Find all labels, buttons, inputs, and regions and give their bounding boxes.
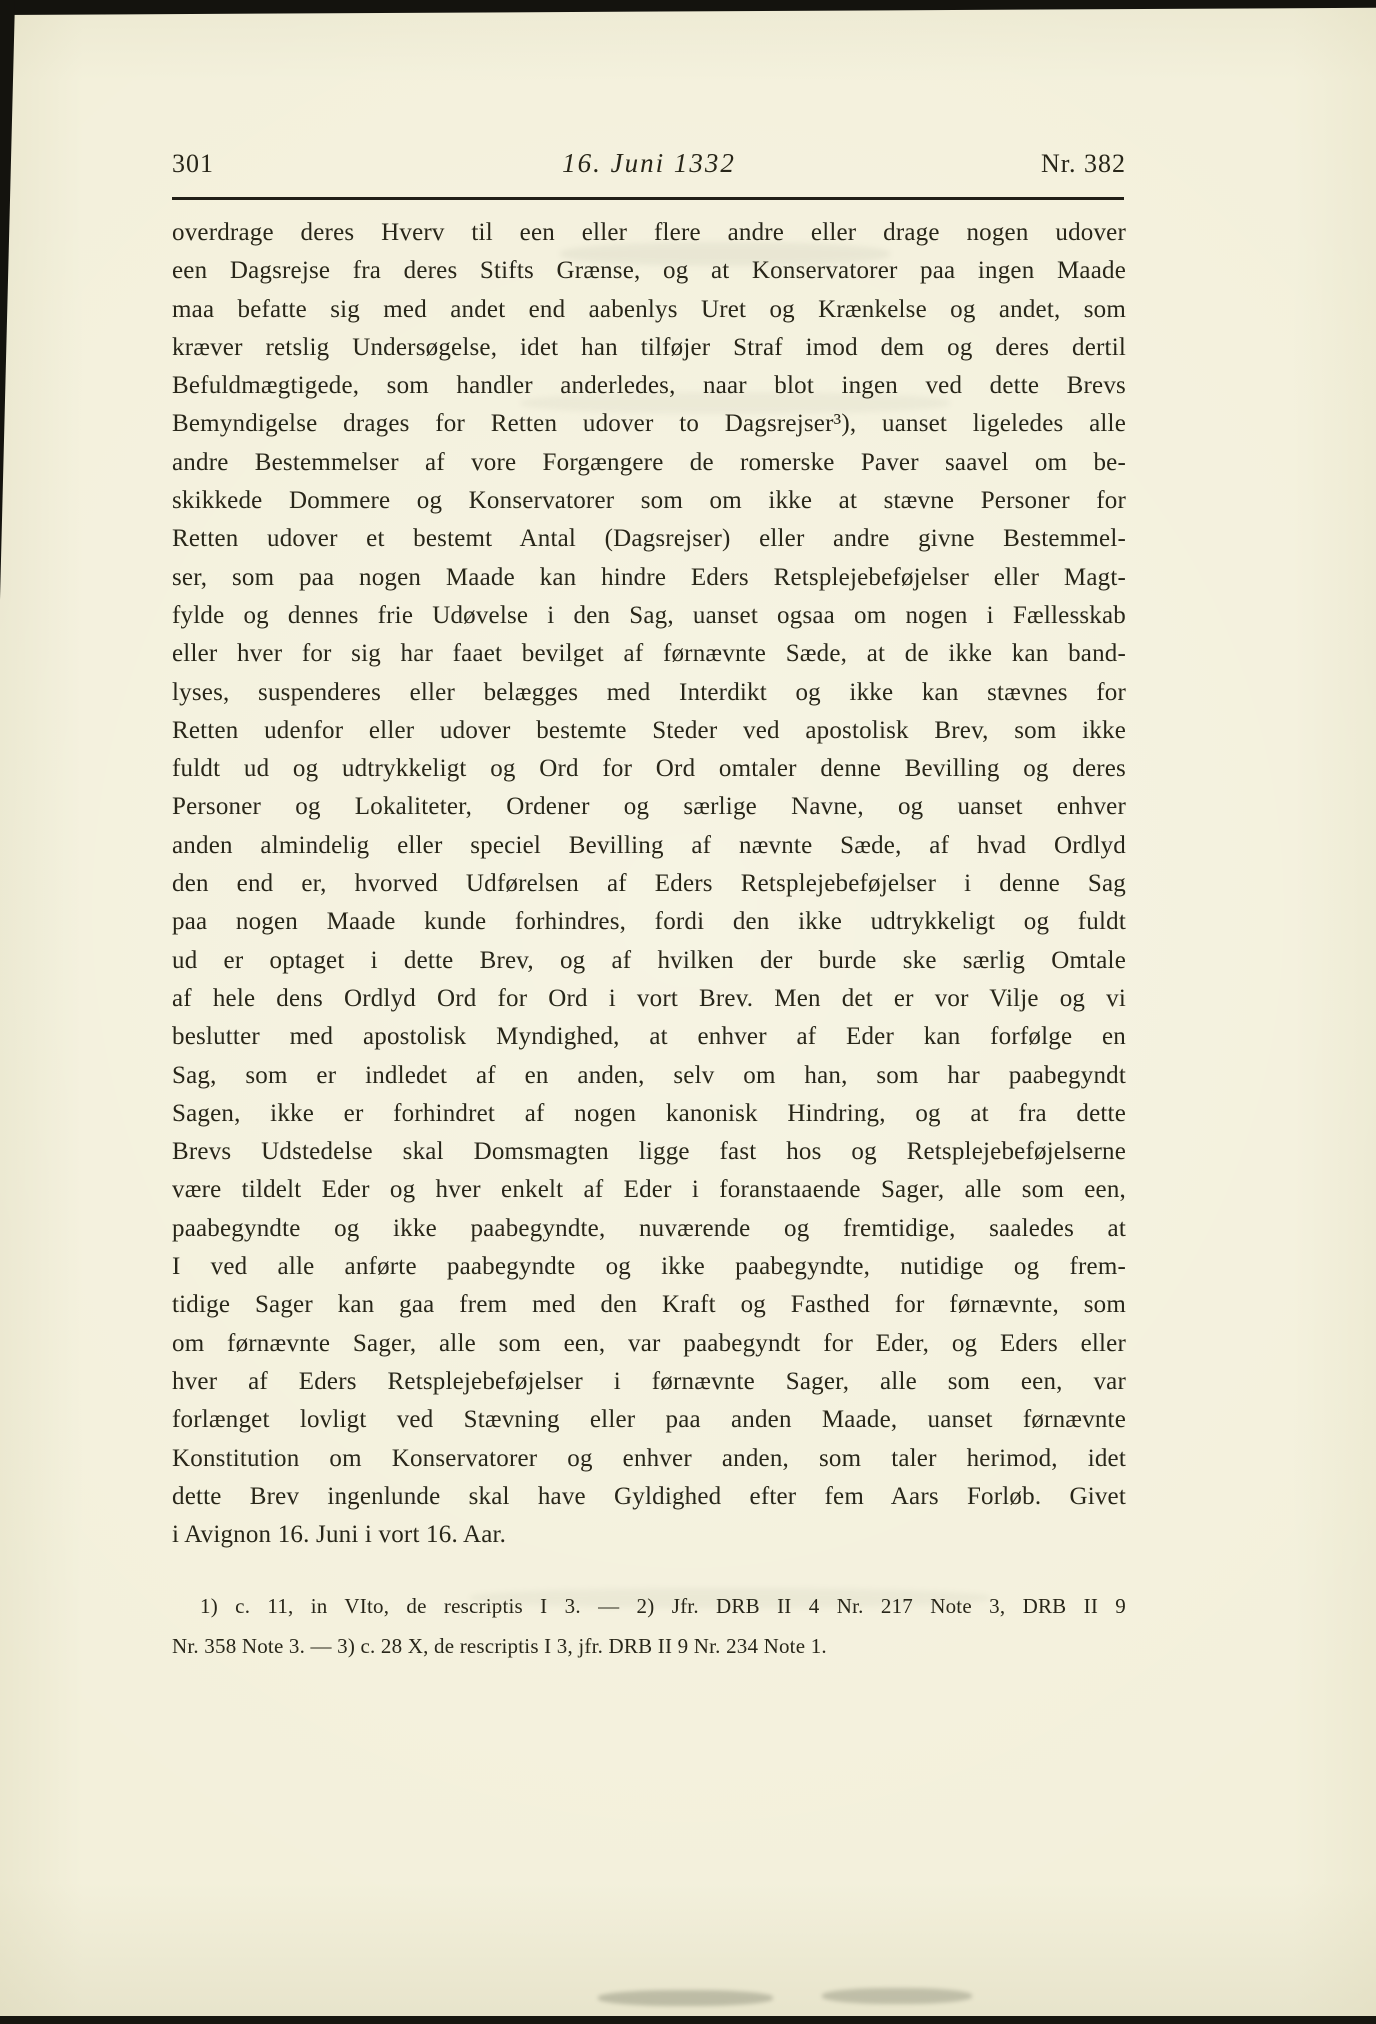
body-text-line: kræver retslig Undersøgelse, idet han ti… [172, 329, 1126, 367]
body-text-line: Sag, som er indledet af en anden, selv o… [172, 1057, 1126, 1095]
body-text-line: eller hver for sig har faaet bevilget af… [172, 635, 1126, 673]
body-text-line: paabegyndte og ikke paabegyndte, nuværen… [172, 1210, 1126, 1248]
footnote-line: Nr. 358 Note 3. — 3) c. 28 X, de rescrip… [172, 1626, 1126, 1666]
header-date: 16. Juni 1332 [490, 148, 808, 179]
body-text-line: skikkede Dommere og Konservatorer som om… [172, 482, 1126, 520]
body-text-line: ud er optaget i dette Brev, og af hvilke… [172, 942, 1126, 980]
body-text-line: Sagen, ikke er forhindret af nogen kanon… [172, 1095, 1126, 1133]
document-number: Nr. 382 [808, 149, 1126, 179]
body-text-line: maa befatte sig med andet end aabenlys U… [172, 291, 1126, 329]
body-text-line: een Dagsrejse fra deres Stifts Grænse, o… [172, 252, 1126, 290]
header-rule [172, 197, 1124, 200]
body-text-line: forlænget lovligt ved Stævning eller paa… [172, 1401, 1126, 1439]
body-text-line: være tildelt Eder og hver enkelt af Eder… [172, 1171, 1126, 1209]
footnotes: 1) c. 11, in VIto, de rescriptis I 3. — … [172, 1586, 1126, 1666]
body-text-line: lyses, suspenderes eller belægges med In… [172, 674, 1126, 712]
body-text-line: Bemyndigelse drages for Retten udover to… [172, 405, 1126, 443]
body-text-line: andre Bestemmelser af vore Forgængere de… [172, 444, 1126, 482]
body-text-line: anden almindelig eller speciel Bevilling… [172, 827, 1126, 865]
body-text: overdrage deres Hverv til een eller fler… [172, 214, 1126, 1554]
body-text-line: I ved alle anførte paabegyndte og ikke p… [172, 1248, 1126, 1286]
body-text-line: om førnævnte Sager, alle som een, var pa… [172, 1325, 1126, 1363]
body-text-line: Retten udover et bestemt Antal (Dagsrejs… [172, 520, 1126, 558]
body-text-line: Konstitution om Konservatorer og enhver … [172, 1440, 1126, 1478]
body-text-line: fuldt ud og udtrykkeligt og Ord for Ord … [172, 750, 1126, 788]
page-header: 301 16. Juni 1332 Nr. 382 [172, 148, 1126, 179]
body-text-line: hver af Eders Retsplejebeføjelser i førn… [172, 1363, 1126, 1401]
body-text-line: den end er, hvorved Udførelsen af Eders … [172, 865, 1126, 903]
body-text-line: paa nogen Maade kunde forhindres, fordi … [172, 903, 1126, 941]
body-text-line: dette Brev ingenlunde skal have Gyldighe… [172, 1478, 1126, 1516]
scan-edge-bottom [0, 2016, 1376, 2024]
body-text-line: af hele dens Ordlyd Ord for Ord i vort B… [172, 980, 1126, 1018]
body-text-line: Befuldmægtigede, som handler anderledes,… [172, 367, 1126, 405]
body-text-line: Retten udenfor eller udover bestemte Ste… [172, 712, 1126, 750]
body-text-line: tidige Sager kan gaa frem med den Kraft … [172, 1286, 1126, 1324]
body-text-line: ser, som paa nogen Maade kan hindre Eder… [172, 559, 1126, 597]
body-text-line: overdrage deres Hverv til een eller fler… [172, 214, 1126, 252]
footnote-line: 1) c. 11, in VIto, de rescriptis I 3. — … [172, 1586, 1126, 1626]
body-text-line: Brevs Udstedelse skal Domsmagten ligge f… [172, 1133, 1126, 1171]
body-text-line: beslutter med apostolisk Myndighed, at e… [172, 1018, 1126, 1056]
body-text-line: i Avignon 16. Juni i vort 16. Aar. [172, 1516, 1126, 1554]
page-number: 301 [172, 149, 490, 179]
body-text-line: fylde og dennes frie Udøvelse i den Sag,… [172, 597, 1126, 635]
body-text-line: Personer og Lokaliteter, Ordener og særl… [172, 788, 1126, 826]
